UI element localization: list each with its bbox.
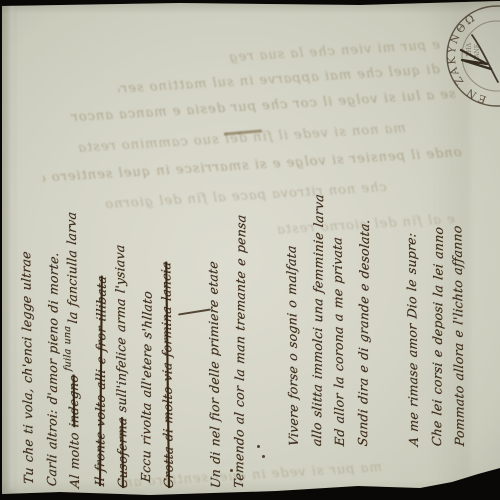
stanza-2: Un di nel fior delle primiere etate Teme… xyxy=(204,18,250,488)
poem-line: Ed allor la corona a me privata xyxy=(323,16,351,447)
poem-line: Cusoferma sull'infelice arma l'ysiava xyxy=(105,16,134,489)
line-fragment: sull'infelice arma l'ysiava xyxy=(112,244,129,413)
insertion-above-line: fuila una xyxy=(56,325,80,373)
poem-line: A me rimase amor Dio le supre: xyxy=(397,16,425,447)
poem-text: Tu che ti vola, ch'enci legge ultrae Car… xyxy=(17,18,467,488)
line-fragment: la fanciulla larva xyxy=(64,211,80,324)
scan-background: e pur mi vien che la sua regge spera di … xyxy=(0,0,500,500)
stamp-ring-text: ΕΝ ΖΑΚΥΝΘΩ xyxy=(446,11,488,105)
word-strikethrough: Cusoferma xyxy=(114,416,130,488)
ink-dot xyxy=(262,455,265,458)
stanza-1: Tu che ti vola, ch'enci legge ultrae Car… xyxy=(17,18,180,488)
poem-line: Un di nel fior delle primiere etate xyxy=(198,16,227,489)
word-strikethrough: indegno xyxy=(66,374,82,428)
ink-dot xyxy=(230,469,233,472)
poem-line: Temendo al cor la man tremante e pensa xyxy=(227,17,254,490)
poem-line: Tu che ti vola, ch'enci legge ultrae xyxy=(11,16,40,485)
manuscript-page: e pur mi vien che la sua regge spera di … xyxy=(0,0,500,500)
poem-line: Al molto indegnofuila unala fanciulla la… xyxy=(57,16,88,489)
stanza-3: Vivere forse o sogni o malfata allo slit… xyxy=(282,18,374,488)
poem-line: Vivere forse o sogni o malfata xyxy=(277,16,305,447)
ink-dot xyxy=(257,445,260,448)
postal-stamp: ΕΝ ΖΑΚΥΝΘΩ ΣΗΛ ΙΑΝΕ xyxy=(427,0,500,126)
poem-line-struck: Crotta di molto via formina lancia xyxy=(151,16,180,489)
line-fragment: Al molto xyxy=(66,431,82,488)
poem-line: Sandi dira e di grande e desolata. xyxy=(351,17,378,448)
